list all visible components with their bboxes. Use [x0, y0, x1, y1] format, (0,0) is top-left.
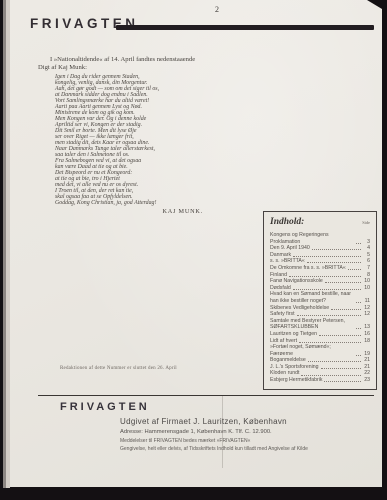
toc-item-label: Esbjerg Hermetikfabrik: [270, 377, 322, 384]
toc-item: Kongens og Regeringens Proklamation 3: [270, 232, 370, 245]
toc-item-label: Kloden rundt: [270, 370, 299, 377]
poem: Igen i Dag du rider gennem Staden, konge…: [55, 74, 205, 215]
toc-item-page: 12: [363, 311, 370, 318]
toc-dot-leader: [307, 262, 361, 263]
toc-item: Fanø Navigationsskole 10: [270, 278, 370, 285]
toc-dot-leader: [356, 355, 361, 356]
toc-item-label: De Omkomne fra s. s. »BRITTA«: [270, 265, 346, 272]
corner-shadow: [367, 0, 382, 9]
toc-dot-leader: [356, 328, 361, 329]
toc-item-page: 10: [363, 278, 370, 285]
toc-item-label: Dødsfald: [270, 285, 291, 292]
toc-item-page: 7: [363, 265, 370, 272]
intro-line: I »Nationaltidende« af 14. April fandtes…: [38, 56, 253, 64]
toc-dot-leader: [319, 335, 361, 336]
page-number: 2: [215, 5, 219, 14]
toc-item: Hvad kan en Sømand bestille, naar han ik…: [270, 291, 370, 304]
toc-item-label: Boganmeldelse: [270, 357, 306, 364]
toc-item: Dødsfald 10: [270, 285, 370, 292]
toc-dot-leader: [293, 289, 361, 290]
toc-item-page: 5: [363, 252, 370, 259]
toc-item: »Fortæl noget, Sømænd«; Færøerne 19: [270, 344, 370, 357]
toc-item-label: »Fortæl noget, Sømænd«; Færøerne: [270, 344, 354, 357]
toc-item-label: Den 9. April 1940: [270, 245, 310, 252]
toc-header: Indhold: Side: [270, 217, 370, 227]
toc-dot-leader: [293, 256, 361, 257]
toc-title: Indhold:: [270, 217, 304, 227]
toc-dot-leader: [301, 375, 361, 376]
toc-item: Samtale med Bestyrer Petersen, SØFARTSKL…: [270, 318, 370, 331]
toc-item: Lidt af hvert 18: [270, 338, 370, 345]
editorial-note: Redaktionen af dette Nummer er sluttet d…: [60, 366, 177, 371]
magazine-page: 2 FRIVAGTEN I »Nationaltidende« af 14. A…: [10, 0, 382, 487]
toc-item-page: 16: [363, 331, 370, 338]
toc-item-label: Skibenes Vedligeholdelse: [270, 305, 329, 312]
imprint-note: Gengivelse, helt eller delvis, af Tidssk…: [120, 446, 308, 452]
toc-item-page: 19: [363, 351, 370, 358]
poem-signature: KAJ MUNK.: [55, 209, 205, 215]
table-of-contents-box: Indhold: Side Kongens og Regeringens Pro…: [263, 211, 377, 390]
intro-line: Digt af Kaj Munk:: [38, 64, 253, 72]
toc-item-label: Kongens og Regeringens Proklamation: [270, 232, 354, 245]
toc-dot-leader: [312, 249, 361, 250]
toc-item-page: 6: [363, 258, 370, 265]
toc-dot-leader: [324, 381, 361, 382]
toc-item-page: 12: [363, 305, 370, 312]
toc-item: Finland 8: [270, 272, 370, 279]
publisher-line: Udgivet af Firmaet J. Lauritzen, Københa…: [120, 417, 308, 426]
intro-paragraph: I »Nationaltidende« af 14. April fandtes…: [38, 56, 253, 72]
toc-item: De Omkomne fra s. s. »BRITTA« 7: [270, 265, 370, 272]
toc-item-page: 3: [363, 239, 370, 246]
toc-item-page: 23: [363, 377, 370, 384]
footer-rule: [38, 395, 374, 396]
scanned-page-photo: 2 FRIVAGTEN I »Nationaltidende« af 14. A…: [0, 0, 387, 500]
toc-items: Kongens og Regeringens Proklamation 3 De…: [270, 232, 370, 384]
toc-item: Lauritzen og Tietgen 16: [270, 331, 370, 338]
toc-item-label: s. s. »BRITTA«: [270, 258, 305, 265]
toc-item-label: J. L.'s Sportsforening: [270, 364, 319, 371]
footer-title: FRIVAGTEN: [60, 401, 150, 413]
toc-item-page: 4: [363, 245, 370, 252]
masthead-rule: [116, 25, 374, 30]
toc-dot-leader: [308, 361, 361, 362]
toc-item-label: Hvad kan en Sømand bestille, naar han ik…: [270, 291, 354, 304]
toc-item-label: Samtale med Bestyrer Petersen, SØFARTSKL…: [270, 318, 354, 331]
footer-imprint: Udgivet af Firmaet J. Lauritzen, Københa…: [120, 417, 308, 452]
toc-dot-leader: [356, 243, 361, 244]
toc-dot-leader: [356, 302, 361, 303]
toc-dot-leader: [297, 315, 361, 316]
toc-item: Kloden rundt 22: [270, 370, 370, 377]
poem-line: Goddag, Kong Christian, ja, god Atterdag…: [55, 200, 205, 206]
toc-item-page: 13: [363, 324, 370, 331]
toc-dot-leader: [289, 276, 361, 277]
toc-item-page: 21: [363, 364, 370, 371]
toc-item: Esbjerg Hermetikfabrik 23: [270, 377, 370, 384]
toc-item-label: Fanø Navigationsskole: [270, 278, 323, 285]
toc-item: Boganmeldelse 21: [270, 357, 370, 364]
toc-dot-leader: [299, 342, 361, 343]
toc-item: Safety first 12: [270, 311, 370, 318]
toc-item-page: 18: [363, 338, 370, 345]
toc-item-label: Safety first: [270, 311, 295, 318]
toc-item: J. L.'s Sportsforening 21: [270, 364, 370, 371]
toc-item: Den 9. April 1940 4: [270, 245, 370, 252]
toc-dot-leader: [348, 269, 361, 270]
toc-dot-leader: [321, 368, 361, 369]
toc-item: Skibenes Vedligeholdelse 12: [270, 305, 370, 312]
toc-item-page: 8: [363, 272, 370, 279]
imprint-note: Meddelelser til FRIVAGTEN bedes mærket »…: [120, 438, 308, 444]
toc-item: s. s. »BRITTA« 6: [270, 258, 370, 265]
toc-item-page: 10: [363, 285, 370, 292]
toc-item-label: Danmark: [270, 252, 291, 259]
toc-item-page: 21: [363, 357, 370, 364]
toc-item-label: Lidt af hvert: [270, 338, 297, 345]
toc-item-page: 22: [363, 370, 370, 377]
toc-item-label: Lauritzen og Tietgen: [270, 331, 317, 338]
address-line: Adresse: Hammerensgade 1, København K. T…: [120, 429, 308, 435]
toc-dot-leader: [331, 309, 361, 310]
toc-item-page: 11: [363, 298, 370, 305]
toc-item: Danmark 5: [270, 252, 370, 259]
toc-dot-leader: [325, 282, 361, 283]
toc-page-column-label: Side: [362, 220, 370, 225]
poem-lines: Igen i Dag du rider gennem Staden, konge…: [55, 74, 205, 206]
toc-item-label: Finland: [270, 272, 287, 279]
